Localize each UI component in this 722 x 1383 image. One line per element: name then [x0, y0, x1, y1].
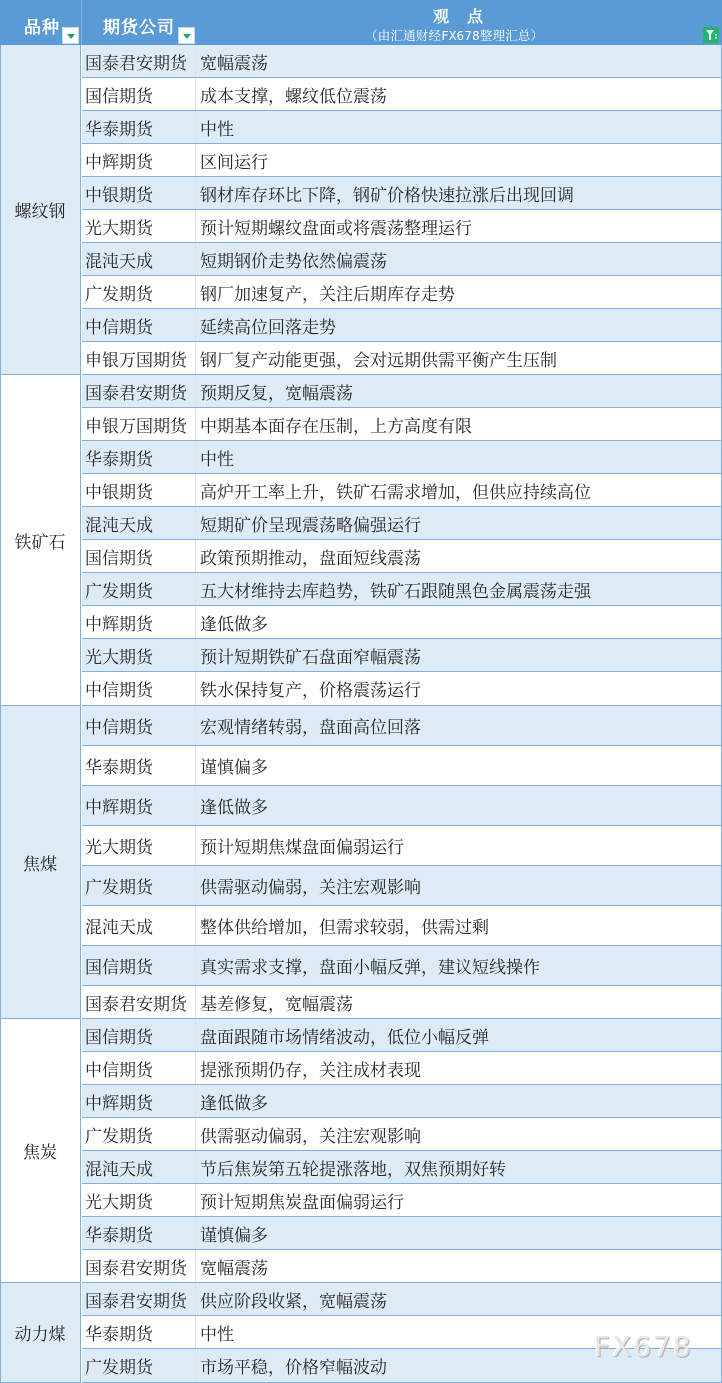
- company-cell[interactable]: 国信期货: [82, 946, 196, 985]
- category-cell[interactable]: 动力煤: [0, 1283, 81, 1383]
- category-filter-dropdown-icon[interactable]: [62, 27, 79, 44]
- table-row[interactable]: 中辉期货区间运行: [82, 144, 722, 177]
- table-row[interactable]: 国泰君安期货基差修复，宽幅震荡: [82, 986, 722, 1019]
- view-cell[interactable]: 区间运行: [196, 148, 268, 173]
- view-cell[interactable]: 短期钢价走势依然偏震荡: [196, 247, 387, 272]
- table-row[interactable]: 中辉期货逢低做多: [82, 606, 722, 639]
- header-category: 品种: [0, 0, 81, 45]
- table-row[interactable]: 广发期货五大材维持去库趋势，铁矿石跟随黑色金属震荡走强: [82, 573, 722, 606]
- category-cell[interactable]: 焦煤: [0, 706, 81, 1019]
- table-row[interactable]: 国信期货盘面跟随市场情绪波动，低位小幅反弹: [82, 1019, 722, 1052]
- view-cell[interactable]: 基差修复，宽幅震荡: [196, 990, 353, 1015]
- table-row[interactable]: 中信期货提涨预期仍存，关注成材表现: [82, 1052, 722, 1085]
- company-cell[interactable]: 国泰君安期货: [82, 1250, 196, 1282]
- company-cell[interactable]: 广发期货: [82, 573, 196, 605]
- company-cell[interactable]: 广发期货: [82, 276, 196, 308]
- view-cell[interactable]: 钢厂复产动能更强，会对远期供需平衡产生压制: [196, 346, 557, 371]
- table-row[interactable]: 中银期货高炉开工率上升，铁矿石需求增加，但供应持续高位: [82, 474, 722, 507]
- company-cell[interactable]: 国信期货: [82, 78, 196, 110]
- header-view-label: 观点: [433, 4, 501, 27]
- view-cell[interactable]: 钢材库存环比下降，钢矿价格快速拉涨后出现回调: [196, 181, 574, 206]
- table-row[interactable]: 国信期货真实需求支撑，盘面小幅反弹，建议短线操作: [82, 946, 722, 986]
- company-cell[interactable]: 中信期货: [82, 706, 196, 745]
- view-cell[interactable]: 成本支撑，螺纹低位震荡: [196, 82, 387, 107]
- company-cell[interactable]: 国泰君安期货: [82, 1283, 196, 1315]
- table-row[interactable]: 申银万国期货钢厂复产动能更强，会对远期供需平衡产生压制: [82, 342, 722, 375]
- company-cell[interactable]: 光大期货: [82, 1184, 196, 1216]
- company-cell[interactable]: 中辉期货: [82, 786, 196, 825]
- company-cell[interactable]: 中信期货: [82, 309, 196, 341]
- group-coke: 焦炭 国信期货盘面跟随市场情绪波动，低位小幅反弹 中信期货提涨预期仍存，关注成材…: [0, 1019, 722, 1283]
- view-cell[interactable]: 宏观情绪转弱，盘面高位回落: [196, 713, 421, 738]
- view-cell[interactable]: 预计短期螺纹盘面或将震荡整理运行: [196, 214, 472, 239]
- group-coking-coal: 焦煤 中信期货宏观情绪转弱，盘面高位回落 华泰期货谨慎偏多 中辉期货逢低做多 光…: [0, 706, 722, 1019]
- view-cell[interactable]: 整体供给增加，但需求较弱，供需过剩: [196, 913, 489, 938]
- table-row[interactable]: 混沌天成短期矿价呈现震荡略偏强运行: [82, 507, 722, 540]
- company-cell[interactable]: 华泰期货: [82, 1217, 196, 1249]
- company-cell[interactable]: 申银万国期货: [82, 408, 196, 440]
- table-row[interactable]: 国泰君安期货宽幅震荡: [82, 45, 722, 78]
- view-cell[interactable]: 中性: [196, 115, 234, 140]
- view-cell[interactable]: 谨慎偏多: [196, 1221, 268, 1246]
- view-cell[interactable]: 预计短期铁矿石盘面窄幅震荡: [196, 643, 421, 668]
- company-cell[interactable]: 中信期货: [82, 672, 196, 705]
- company-cell[interactable]: 光大期货: [82, 210, 196, 242]
- view-cell[interactable]: 钢厂加速复产，关注后期库存走势: [196, 280, 455, 305]
- table-row[interactable]: 国信期货政策预期推动，盘面短线震荡: [82, 540, 722, 573]
- company-cell[interactable]: 中银期货: [82, 474, 196, 506]
- company-cell[interactable]: 中辉期货: [82, 1085, 196, 1117]
- view-cell[interactable]: 逢低做多: [196, 1089, 268, 1114]
- table-header: 品种 期货公司 观点 （由汇通财经FX678整理汇总）: [0, 0, 722, 45]
- view-cell[interactable]: 高炉开工率上升，铁矿石需求增加，但供应持续高位: [196, 478, 591, 503]
- table-row[interactable]: 混沌天成节后焦炭第五轮提涨落地，双焦预期好转: [82, 1151, 722, 1184]
- view-cell[interactable]: 宽幅震荡: [196, 49, 268, 74]
- view-cell[interactable]: 预计短期焦炭盘面偏弱运行: [196, 1188, 404, 1213]
- table-row[interactable]: 中银期货钢材库存环比下降，钢矿价格快速拉涨后出现回调: [82, 177, 722, 210]
- view-cell[interactable]: 政策预期推动，盘面短线震荡: [196, 544, 421, 569]
- table-row[interactable]: 华泰期货谨慎偏多: [82, 1217, 722, 1250]
- header-company-label: 期货公司: [103, 13, 175, 38]
- view-cell[interactable]: 盘面跟随市场情绪波动，低位小幅反弹: [196, 1023, 489, 1048]
- header-view: 观点 （由汇通财经FX678整理汇总）: [197, 0, 722, 45]
- view-cell[interactable]: 供需驱动偏弱，关注宏观影响: [196, 1122, 421, 1147]
- table-row[interactable]: 国泰君安期货供应阶段收紧，宽幅震荡: [82, 1283, 722, 1316]
- company-cell[interactable]: 混沌天成: [82, 507, 196, 539]
- company-cell[interactable]: 中银期货: [82, 177, 196, 209]
- table-row[interactable]: 华泰期货谨慎偏多: [82, 746, 722, 786]
- view-cell[interactable]: 谨慎偏多: [196, 753, 268, 778]
- company-cell[interactable]: 申银万国期货: [82, 342, 196, 374]
- table-row[interactable]: 中信期货延续高位回落走势: [82, 309, 722, 342]
- table-border-left: [0, 45, 1, 1383]
- table-row[interactable]: 华泰期货中性: [82, 441, 722, 474]
- company-cell[interactable]: 广发期货: [82, 1349, 196, 1382]
- table-row[interactable]: 广发期货供需驱动偏弱，关注宏观影响: [82, 1118, 722, 1151]
- table-row[interactable]: 中信期货宏观情绪转弱，盘面高位回落: [82, 706, 722, 746]
- group-rebar: 螺纹钢 国泰君安期货宽幅震荡 国信期货成本支撑，螺纹低位震荡 华泰期货中性 中辉…: [0, 45, 722, 375]
- company-cell[interactable]: 混沌天成: [82, 243, 196, 275]
- view-cell[interactable]: 真实需求支撑，盘面小幅反弹，建议短线操作: [196, 953, 540, 978]
- watermark: FX678: [594, 1330, 693, 1363]
- table-row[interactable]: 国信期货成本支撑，螺纹低位震荡: [82, 78, 722, 111]
- table-row[interactable]: 国泰君安期货宽幅震荡: [82, 1250, 722, 1283]
- table-row[interactable]: 广发期货钢厂加速复产，关注后期库存走势: [82, 276, 722, 309]
- table-row[interactable]: 华泰期货中性: [82, 111, 722, 144]
- view-cell[interactable]: 中期基本面存在压制，上方高度有限: [196, 412, 472, 437]
- category-cell[interactable]: 螺纹钢: [0, 45, 81, 375]
- company-cell[interactable]: 华泰期货: [82, 441, 196, 473]
- view-cell[interactable]: 市场平稳，价格窄幅波动: [196, 1353, 387, 1378]
- company-cell[interactable]: 广发期货: [82, 1118, 196, 1150]
- header-company: 期货公司: [82, 0, 196, 45]
- view-cell[interactable]: 逢低做多: [196, 793, 268, 818]
- category-cell[interactable]: 铁矿石: [0, 375, 81, 706]
- header-category-label: 品种: [24, 13, 60, 38]
- view-cell[interactable]: 节后焦炭第五轮提涨落地，双焦预期好转: [196, 1155, 506, 1180]
- category-cell[interactable]: 焦炭: [0, 1019, 81, 1283]
- company-cell[interactable]: 华泰期货: [82, 111, 196, 143]
- group-iron-ore: 铁矿石 国泰君安期货预期反复，宽幅震荡 申银万国期货中期基本面存在压制，上方高度…: [0, 375, 722, 706]
- company-cell[interactable]: 光大期货: [82, 639, 196, 671]
- company-cell[interactable]: 华泰期货: [82, 746, 196, 785]
- view-cell[interactable]: 中性: [196, 1320, 234, 1345]
- table-row[interactable]: 中辉期货逢低做多: [82, 786, 722, 826]
- company-filter-dropdown-icon[interactable]: [178, 27, 195, 44]
- view-cell[interactable]: 短期矿价呈现震荡略偏强运行: [196, 511, 421, 536]
- table-row[interactable]: 光大期货预计短期螺纹盘面或将震荡整理运行: [82, 210, 722, 243]
- view-cell[interactable]: 预期反复，宽幅震荡: [196, 379, 353, 404]
- company-cell[interactable]: 中信期货: [82, 1052, 196, 1084]
- table-row[interactable]: 光大期货预计短期铁矿石盘面窄幅震荡: [82, 639, 722, 672]
- company-cell[interactable]: 广发期货: [82, 866, 196, 905]
- view-cell[interactable]: 宽幅震荡: [196, 1254, 268, 1279]
- table-row[interactable]: 光大期货预计短期焦炭盘面偏弱运行: [82, 1184, 722, 1217]
- table-row[interactable]: 光大期货预计短期焦煤盘面偏弱运行: [82, 826, 722, 866]
- view-cell[interactable]: 中性: [196, 445, 234, 470]
- company-cell[interactable]: 中辉期货: [82, 144, 196, 176]
- view-cell[interactable]: 提涨预期仍存，关注成材表现: [196, 1056, 421, 1081]
- view-cell[interactable]: 供需驱动偏弱，关注宏观影响: [196, 873, 421, 898]
- company-cell[interactable]: 国信期货: [82, 1019, 196, 1051]
- company-cell[interactable]: 国泰君安期货: [82, 375, 196, 407]
- view-cell[interactable]: 延续高位回落走势: [196, 313, 336, 338]
- header-view-subtitle: （由汇通财经FX678整理汇总）: [365, 26, 543, 44]
- company-cell[interactable]: 混沌天成: [82, 1151, 196, 1183]
- company-cell[interactable]: 中辉期货: [82, 606, 196, 638]
- active-filter-icon[interactable]: [703, 27, 719, 43]
- table-row[interactable]: 国泰君安期货预期反复，宽幅震荡: [82, 375, 722, 408]
- view-cell[interactable]: 铁水保持复产，价格震荡运行: [196, 676, 421, 701]
- table-row[interactable]: 中信期货铁水保持复产，价格震荡运行: [82, 672, 722, 706]
- company-cell[interactable]: 混沌天成: [82, 906, 196, 945]
- view-cell[interactable]: 供应阶段收紧，宽幅震荡: [196, 1287, 387, 1312]
- view-cell[interactable]: 预计短期焦煤盘面偏弱运行: [196, 833, 404, 858]
- company-cell[interactable]: 国信期货: [82, 540, 196, 572]
- company-cell[interactable]: 国泰君安期货: [82, 986, 196, 1018]
- company-cell[interactable]: 光大期货: [82, 826, 196, 865]
- table-row[interactable]: 申银万国期货中期基本面存在压制，上方高度有限: [82, 408, 722, 441]
- view-cell[interactable]: 逢低做多: [196, 610, 268, 635]
- view-cell[interactable]: 五大材维持去库趋势，铁矿石跟随黑色金属震荡走强: [196, 577, 591, 602]
- table-row[interactable]: 广发期货供需驱动偏弱，关注宏观影响: [82, 866, 722, 906]
- company-cell[interactable]: 华泰期货: [82, 1316, 196, 1348]
- table-row[interactable]: 中辉期货逢低做多: [82, 1085, 722, 1118]
- table-row[interactable]: 混沌天成短期钢价走势依然偏震荡: [82, 243, 722, 276]
- company-cell[interactable]: 国泰君安期货: [82, 45, 196, 77]
- table-row[interactable]: 混沌天成整体供给增加，但需求较弱，供需过剩: [82, 906, 722, 946]
